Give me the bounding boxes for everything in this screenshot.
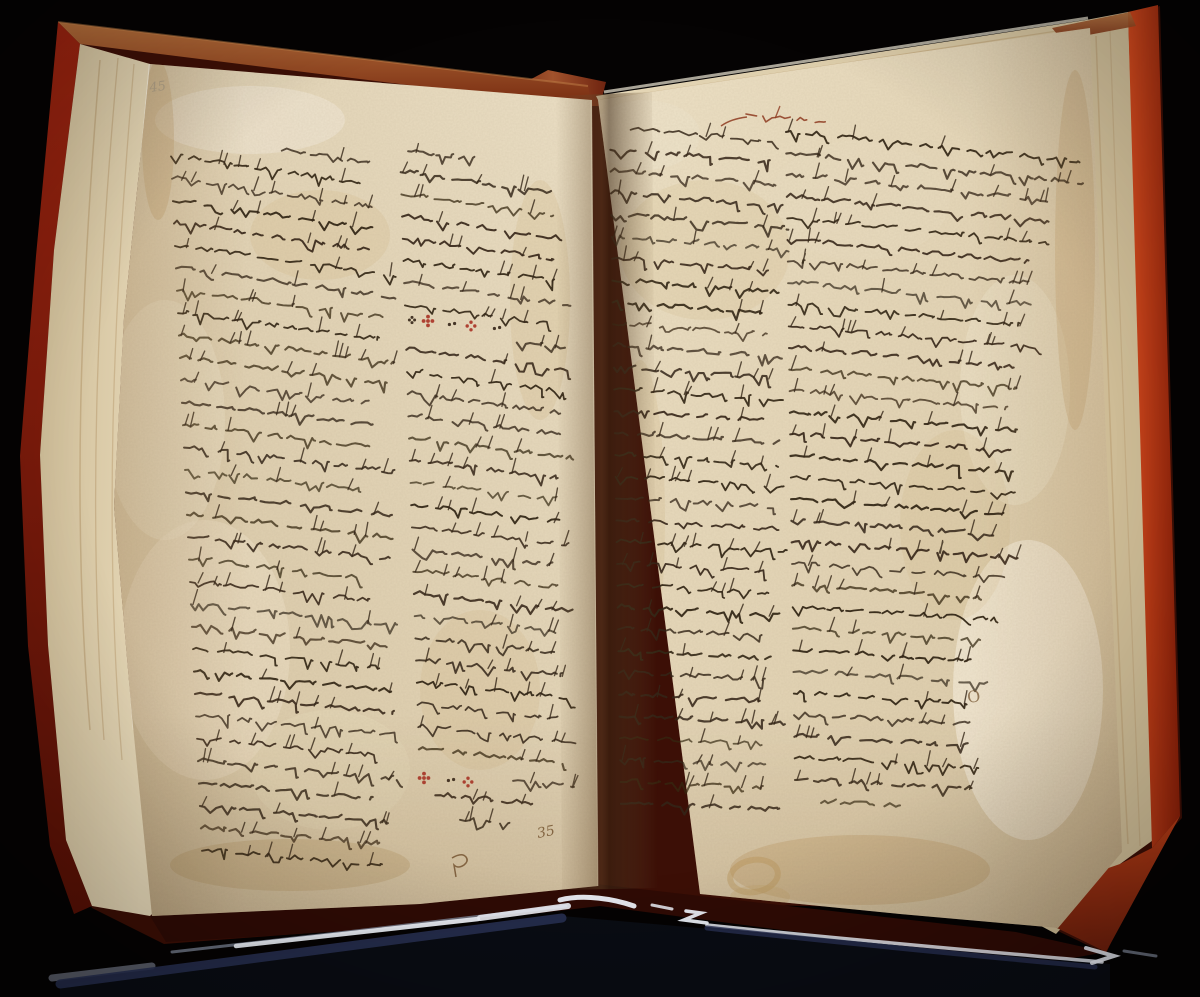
photo-vignette: [0, 0, 1200, 997]
manuscript-photo-scene: 45 35 O: [0, 0, 1200, 997]
manuscript-photo-svg: 45 35 O: [0, 0, 1200, 997]
